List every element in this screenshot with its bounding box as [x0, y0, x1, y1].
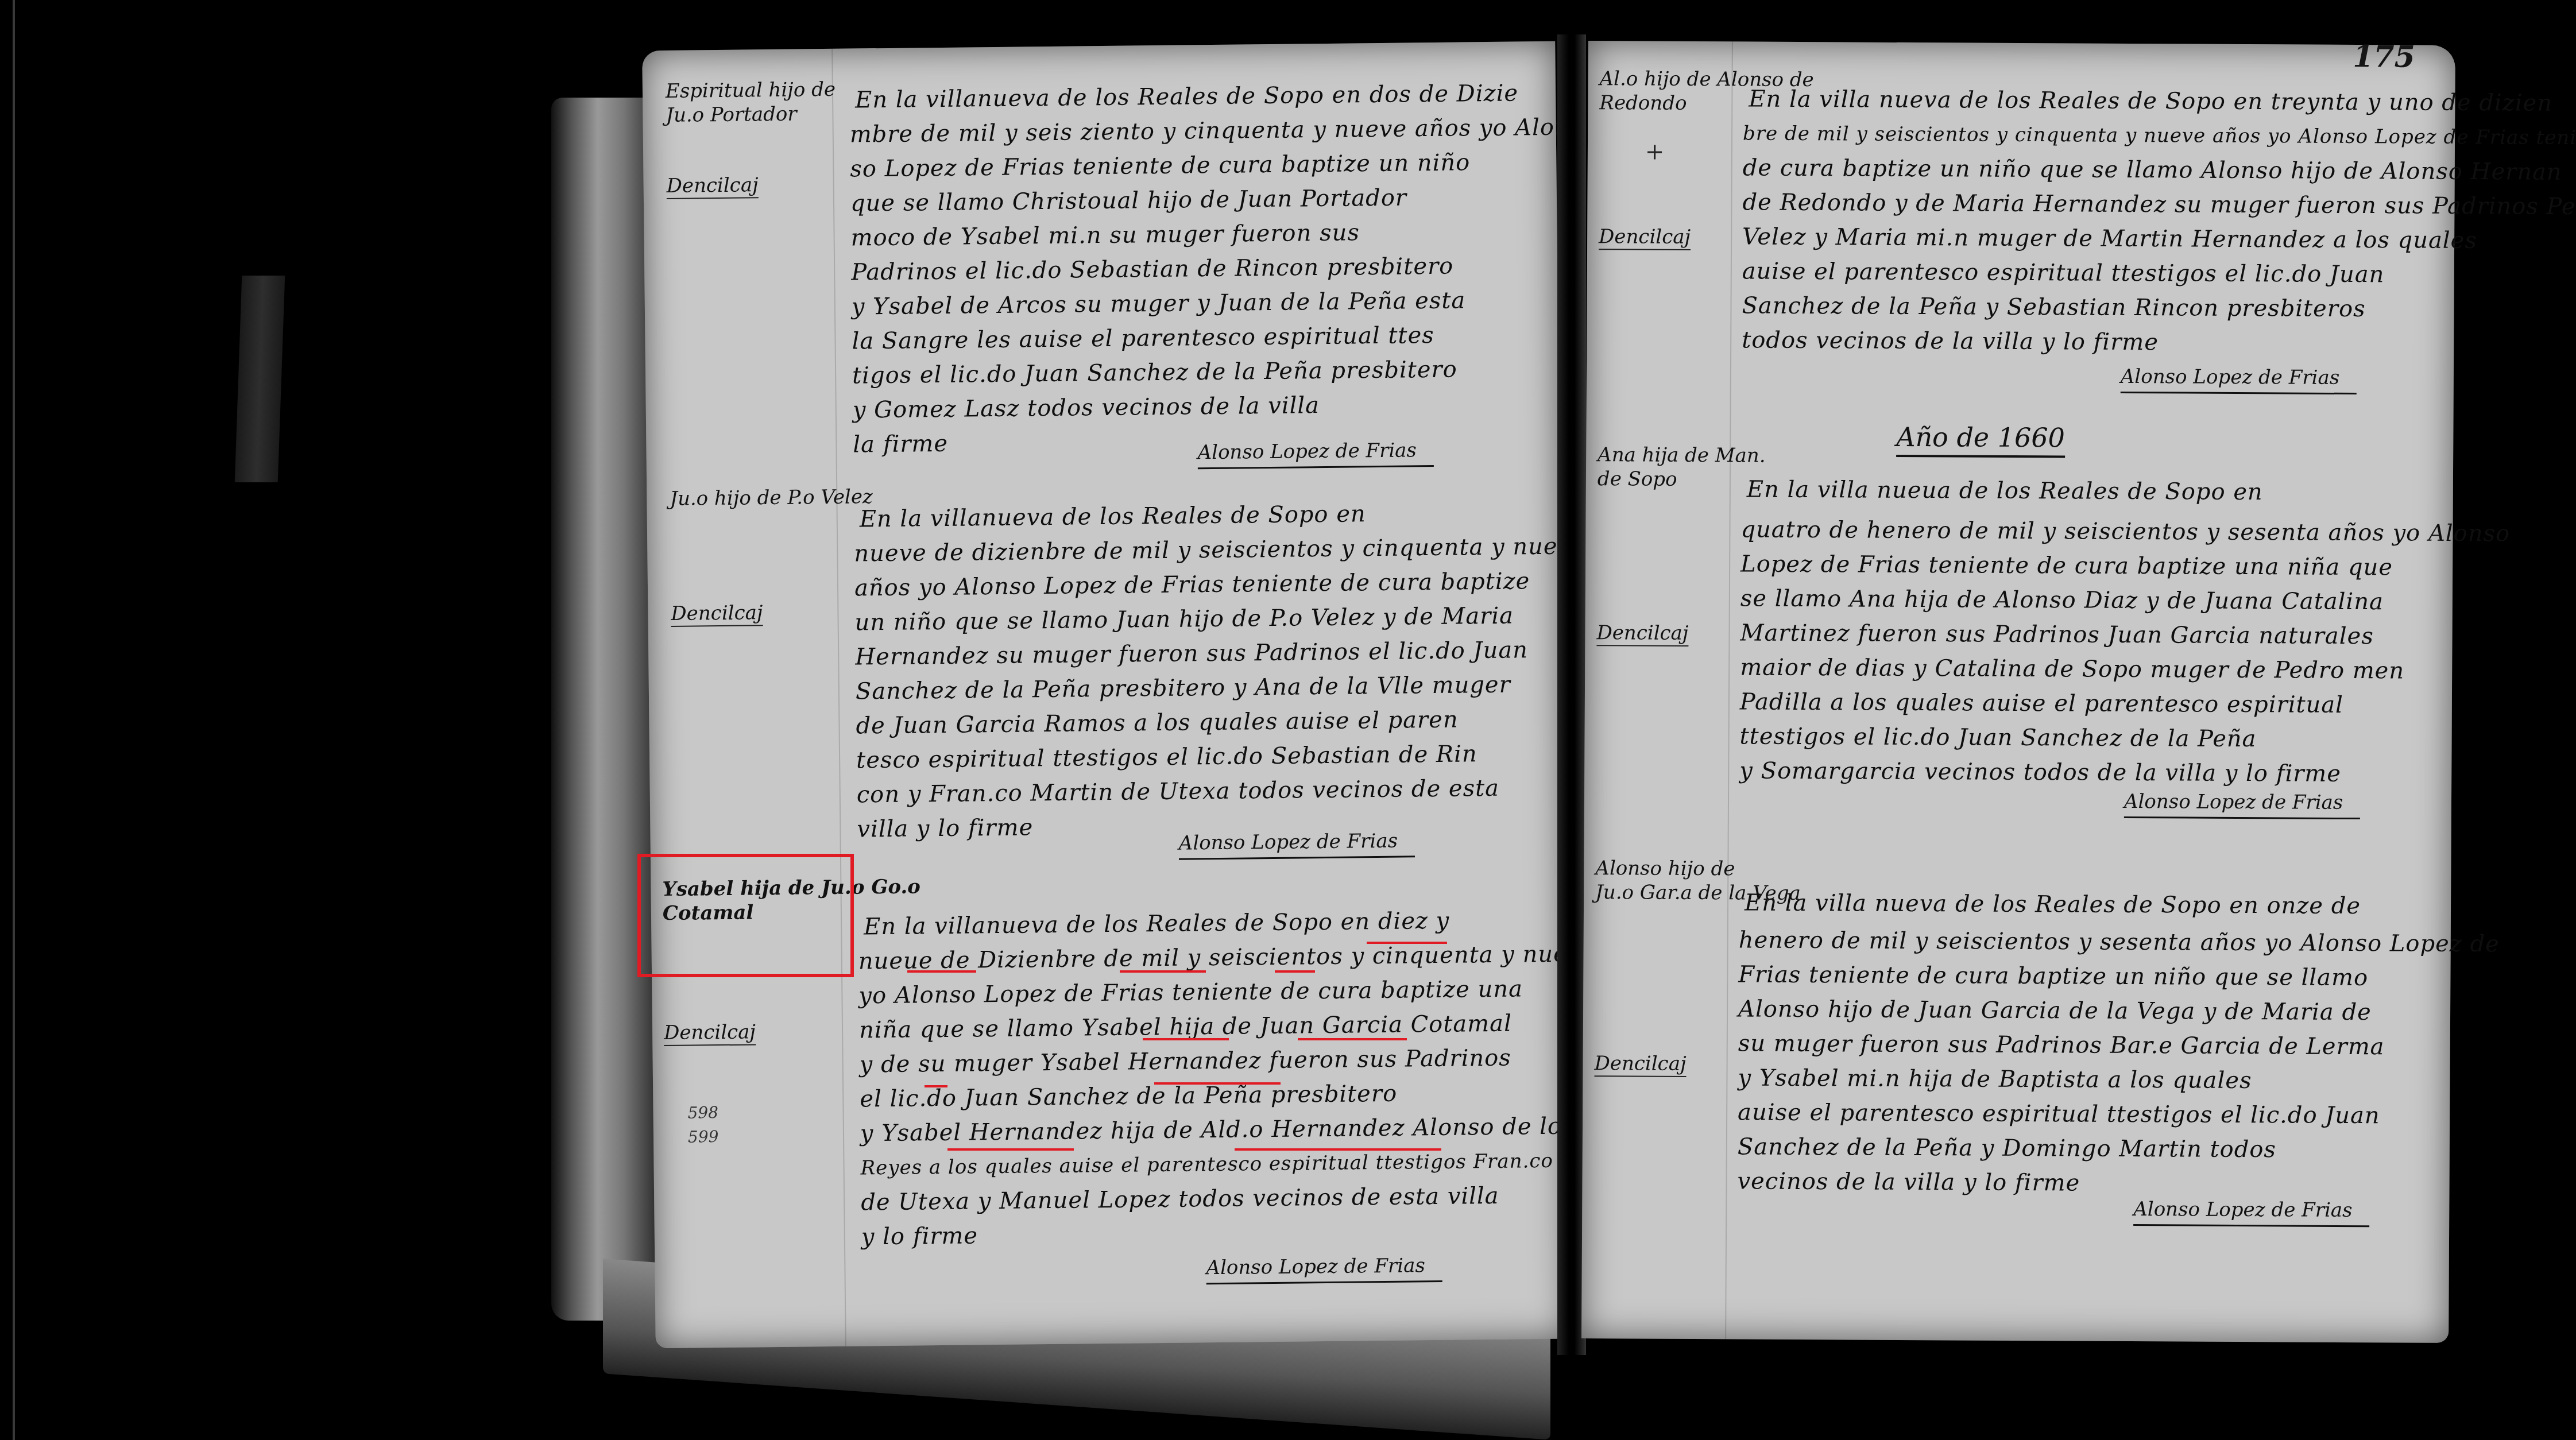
entry-2-line-10: villa y lo firme — [857, 816, 1033, 841]
entry-1-line-6: Padrinos el lic.do Sebastian de Rincon p… — [851, 255, 1453, 284]
entry-3-line-2: nueue de Dizienbre de mil y seiscientos … — [858, 942, 1660, 973]
entry-2-line-3: años yo Alonso Lopez de Frias teniente d… — [854, 570, 1530, 599]
entry-3-line-10: y lo firme — [861, 1224, 978, 1248]
entry-2-line-2: nueve de dizienbre de mil y seiscientos … — [854, 535, 1585, 565]
entry-1-signature: Alonso Lopez de Frias — [1197, 439, 1434, 469]
highlight-underline — [1235, 1148, 1441, 1151]
r-entry-3-line-1: En la villa nueva de los Reales de Sopo … — [1745, 892, 2361, 918]
r-entry-3-line-3: Frias teniente de cura baptize un niño q… — [1738, 963, 2368, 989]
entry-3-line-1: En la villanueva de los Reales de Sopo e… — [864, 909, 1450, 939]
r-entry-2-line-5: Martinez fueron sus Padrinos Juan Garcia… — [1740, 621, 2373, 648]
margin-note-r-entry-2: Ana hija de Man. de Sopo — [1598, 443, 1766, 492]
r-entry-3-line-6: y Ysabel mi.n hija de Baptista a los qua… — [1738, 1066, 2252, 1092]
highlight-box[interactable] — [637, 854, 854, 977]
r-entry-3-line-9: vecinos de la villa y lo firme — [1737, 1170, 2080, 1194]
entry-2-line-4: un niño que se llamo Juan hijo de P.o Ve… — [854, 605, 1514, 634]
entry-3-line-3: yo Alonso Lopez de Frias teniente de cur… — [858, 977, 1523, 1007]
highlight-underline — [1298, 1038, 1407, 1040]
r-entry-2-line-7: Padilla a los quales auise el parentesco… — [1740, 690, 2343, 717]
r-entry-3-signature: Alonso Lopez de Frias — [2133, 1198, 2370, 1227]
margin-note-entry-1: Espiritual hijo de Ju.o Portador — [666, 78, 836, 127]
entry-1-line-9: tigos el lic.do Juan Sanchez de la Peña … — [852, 358, 1457, 388]
r-entry-1-line-3: de cura baptize un niño que se llamo Alo… — [1743, 156, 2562, 183]
entry-3-line-8: Reyes a los quales auise el parentesco e… — [860, 1148, 1631, 1179]
entry-3-line-5: y de su muger Ysabel Hernandez fueron su… — [860, 1047, 1511, 1077]
highlight-underline — [1275, 970, 1315, 973]
r-entry-2-line-1: En la villa nueua de los Reales de Sopo … — [1747, 478, 2263, 504]
r-entry-2-line-4: se llamo Ana hija de Alonso Diaz y de Ju… — [1740, 587, 2384, 613]
entry-2-line-1: En la villanueva de los Reales de Sopo e… — [860, 502, 1366, 531]
entry-3-signature: Alonso Lopez de Frias — [1206, 1254, 1442, 1284]
r-entry-3-line-5: su muger fueron sus Padrinos Bar.e Garci… — [1738, 1032, 2385, 1058]
r-entry-3-line-2: henero de mil y seiscientos y sesenta añ… — [1739, 928, 2500, 955]
entry-2-line-7: de Juan Garcia Ramos a los quales auise … — [856, 709, 1458, 738]
entry-1-line-8: la Sangre les auise el parentesco espiri… — [852, 324, 1434, 353]
entry-2-signature: Alonso Lopez de Frias — [1179, 829, 1415, 860]
film-artifact — [235, 276, 285, 482]
r-entry-3-line-4: Alonso hijo de Juan Garcia de la Vega y … — [1738, 997, 2372, 1024]
r-entry-2-line-6: maior de dias y Catalina de Sopo muger d… — [1740, 656, 2404, 682]
entry-2-line-6: Sanchez de la Peña presbitero y Ana de l… — [856, 673, 1511, 703]
left-page: Espiritual hijo de Ju.o Portador Dencilc… — [642, 41, 1569, 1349]
entry-2-line-8: tesco espiritual ttestigos el lic.do Seb… — [856, 742, 1477, 772]
highlight-underline — [1154, 1082, 1281, 1085]
entry-1-line-11: la firme — [853, 432, 948, 456]
highlight-underline — [925, 1085, 947, 1087]
r-entry-2-line-3: Lopez de Frias teniente de cura baptize … — [1740, 552, 2393, 579]
entry-1-line-2: mbre de mil y seis ziento y cinquenta y … — [850, 115, 1570, 146]
r-entry-1-line-4: de Redondo y de Maria Hernandez su muger… — [1742, 191, 2576, 218]
r-entry-1-line-6: auise el parentesco espiritual ttestigos… — [1742, 260, 2385, 286]
margin-sub-r-entry-3: Dencilcaj — [1594, 1051, 1686, 1077]
r-entry-2-signature: Alonso Lopez de Frias — [2124, 790, 2361, 819]
entry-2-line-5: Hernandez su muger fueron sus Padrinos e… — [855, 638, 1528, 668]
cross-mark: + — [1645, 139, 1665, 165]
left-margin-column — [642, 49, 846, 1348]
film-edge-strip — [13, 0, 15, 1440]
entry-1-line-7: y Ysabel de Arcos su muger y Juan de la … — [852, 289, 1466, 318]
entry-3-line-9: de Utexa y Manuel Lopez todos vecinos de… — [861, 1184, 1499, 1214]
year-header: Año de 1660 — [1896, 421, 2065, 458]
highlight-underline — [1143, 1038, 1229, 1040]
right-page: 175 Al.o hijo de Alonso de Redondo + Den… — [1581, 41, 2455, 1343]
margin-sub-r-entry-1: Dencilcaj — [1599, 224, 1691, 250]
r-entry-1-line-5: Velez y Maria mi.n muger de Martin Herna… — [1742, 225, 2477, 252]
page-number: 175 — [2353, 39, 2415, 75]
margin-note-entry-2: Ju.o hijo de P.o Velez — [670, 485, 873, 511]
margin-sub-entry-2: Dencilcaj — [671, 601, 763, 627]
r-entry-1-line-8: todos vecinos de la villa y lo firme — [1742, 328, 2159, 354]
margin-numbers-entry-3: 598 599 — [687, 1101, 718, 1149]
entry-3-line-7: y Ysabel Hernandez hija de Ald.o Hernand… — [860, 1114, 1575, 1145]
r-entry-2-line-9: y Somargarcia vecinos todos de la villa … — [1739, 759, 2341, 785]
book-gutter — [1557, 34, 1586, 1355]
r-entry-1-line-2: bre de mil y seiscientos y cinquenta y n… — [1743, 122, 2576, 149]
highlight-underline — [907, 970, 976, 973]
entry-1-line-10: y Gomez Lasz todos vecinos de la villa — [853, 394, 1320, 422]
page-stack-edge — [551, 98, 655, 1321]
entry-1-line-5: moco de Ysabel mi.n su muger fueron sus — [850, 221, 1360, 249]
r-entry-3-line-7: auise el parentesco espiritual ttestigos… — [1738, 1101, 2380, 1127]
r-entry-2-line-2: quatro de henero de mil y seiscientos y … — [1740, 518, 2510, 545]
entry-1-line-4: que se llamo Christoual hijo de Juan Por… — [850, 186, 1407, 215]
highlight-underline — [947, 1148, 1074, 1151]
r-entry-3-line-8: Sanchez de la Peña y Domingo Martin todo… — [1738, 1135, 2276, 1161]
margin-sub-r-entry-2: Dencilcaj — [1596, 621, 1688, 647]
entry-1-line-1: En la villanueva de los Reales de Sopo e… — [855, 82, 1518, 111]
r-entry-1-line-1: En la villa nueva de los Reales de Sopo … — [1749, 88, 2552, 115]
entry-3-line-4: niña que se llamo Ysabel hija de Juan Ga… — [859, 1012, 1512, 1042]
highlight-underline — [1367, 942, 1447, 944]
highlight-underline — [1120, 970, 1206, 973]
margin-sub-entry-3: Dencilcaj — [664, 1020, 756, 1046]
entry-2-line-9: con y Fran.co Martin de Utexa todos veci… — [857, 777, 1500, 807]
r-entry-2-line-8: ttestigos el lic.do Juan Sanchez de la P… — [1739, 725, 2256, 750]
entry-1-line-3: so Lopez de Frias teniente de cura bapti… — [850, 151, 1470, 180]
margin-sub-entry-1: Dencilcaj — [666, 173, 758, 199]
r-entry-1-signature: Alonso Lopez de Frias — [2121, 365, 2357, 394]
r-entry-1-line-7: Sanchez de la Peña y Sebastian Rincon pr… — [1742, 294, 2365, 320]
